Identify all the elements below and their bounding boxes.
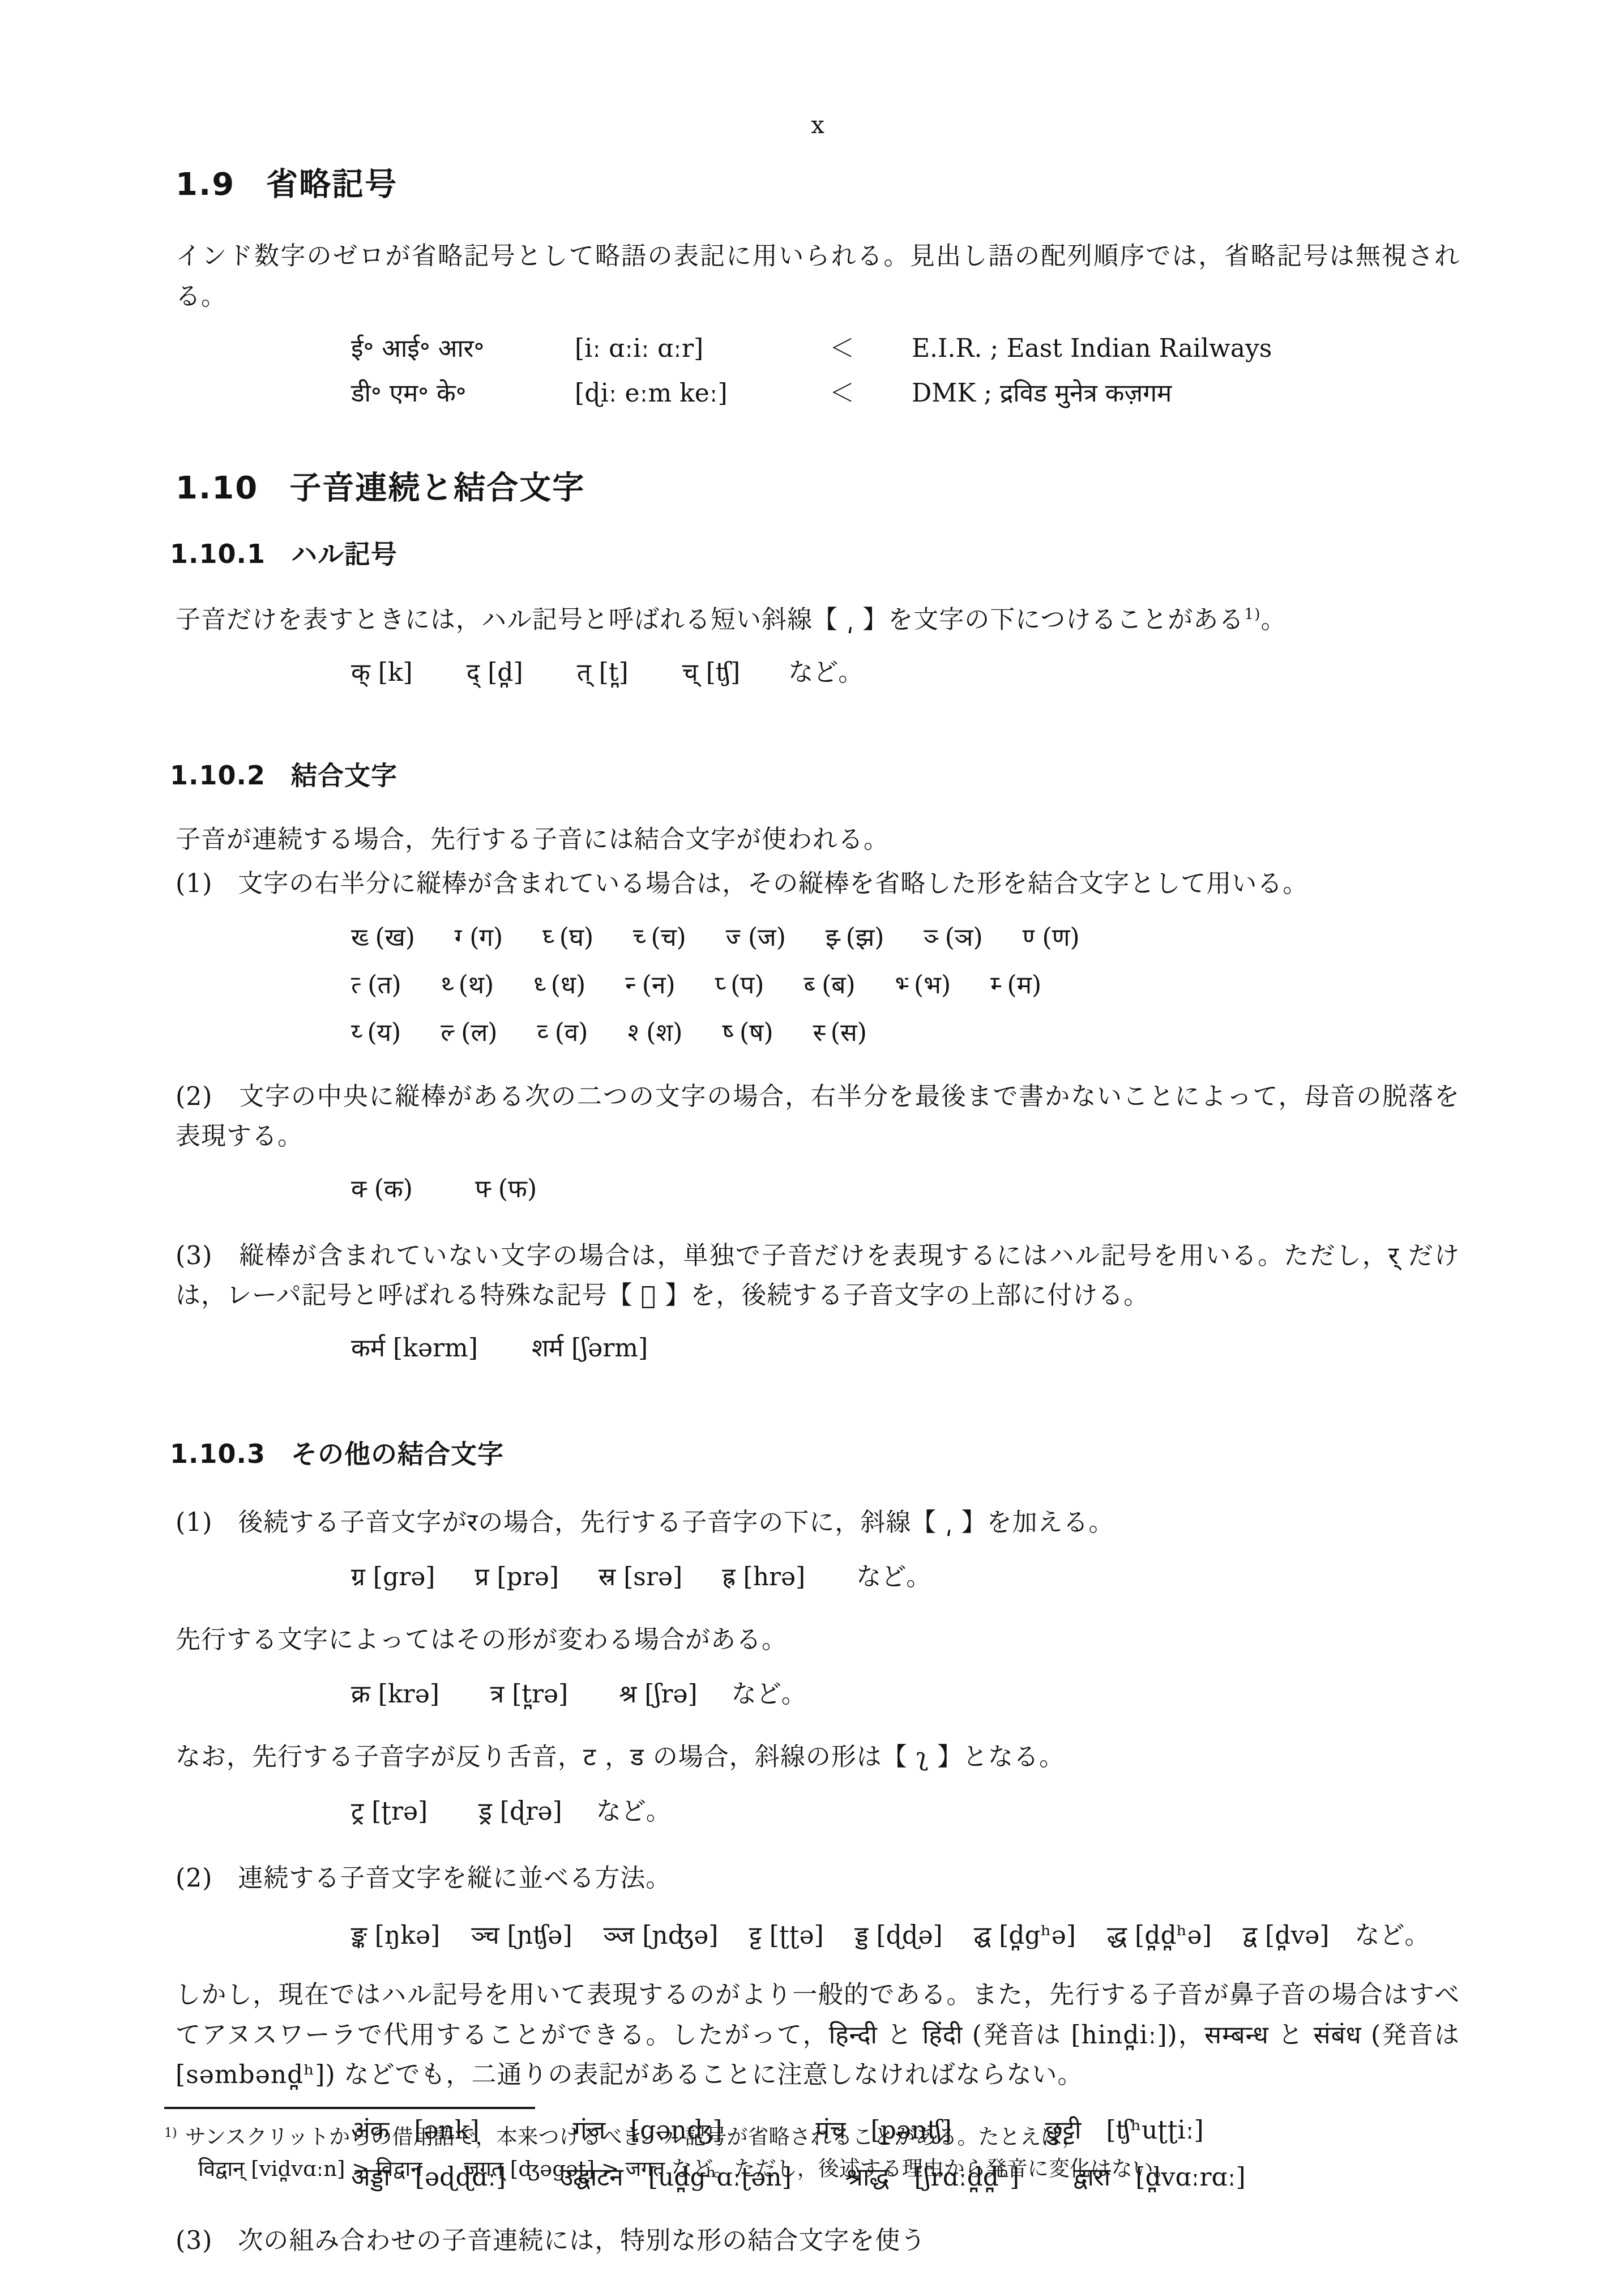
example-item: ञ्च [ɲʧə] <box>471 1916 572 1956</box>
half-form-pair: श्‍ (श) <box>627 1013 682 1053</box>
footnote-marker: 1) <box>164 2125 177 2140</box>
example-item: ट्र [ʈrə] <box>351 1792 428 1832</box>
example-item: क्र [krə] <box>351 1675 439 1714</box>
half-form-pair: ष्‍ (ष) <box>722 1013 773 1053</box>
ipa-transcription: [iː ɑːiː ɑːr] <box>575 329 830 369</box>
example-item: ड्र [ɖrə] <box>478 1792 562 1832</box>
paragraph-text: 子音だけを表すときには，ハル記号と呼ばれる短い斜線【 ͵ 】を文字の下につけるこ… <box>176 605 1244 634</box>
section-1-10-2-intro: 子音が連続する場合，先行する子音には結合文字が使われる。 <box>176 820 1460 860</box>
half-form-list: त्‍ (त)थ्‍ (थ)ध्‍ (ध)न्‍ (न)प्‍ (प)ब्‍ (… <box>351 966 1041 1005</box>
section-1-10-heading: 1.10 子音連続と結合文字 <box>176 470 1460 506</box>
example-item: द् [d̪] <box>467 653 523 693</box>
example-item: ट्ट [ʈʈə] <box>749 1916 823 1956</box>
reph-example-row: कर्म [kərm]शर्म [ʃərm] <box>176 1329 1460 1368</box>
half-form-pair: ल्‍ (ल) <box>441 1013 497 1053</box>
ipa-transcription: [ɖiː eːm keː] <box>575 374 830 413</box>
subsection-title: その他の結合文字 <box>291 1439 504 1469</box>
etc-label: など。 <box>732 1675 806 1714</box>
center-bar-example-row: क्‍ (क)फ्‍ (फ) <box>176 1170 1460 1209</box>
section-1-9-heading: 1.9 省略記号 <box>176 167 1460 203</box>
half-form-row-1: ख्‍ (ख)ग्‍ (ग)घ्‍ (घ)च्‍ (च)ज्‍ (ज)झ्‍ (… <box>176 918 1460 958</box>
hal-sign-example-row: क् [k]द् [d̪]त् [t̪]च् [ʧ] など。 <box>176 653 1460 693</box>
example-item: ह्र [hrə] <box>722 1557 805 1597</box>
section-1-10-1-heading: 1.10.1 ハル記号 <box>170 539 1460 569</box>
list-item-2: (2) 連続する子音文字を縦に並べる方法。 <box>176 1859 1460 1898</box>
devanagari-abbreviation: डी॰ एम॰ के॰ <box>351 374 575 413</box>
half-form-pair: झ्‍ (झ) <box>826 918 884 958</box>
anusvara-paragraph: しかし，現在ではハル記号を用いて表現するのがより一般的である。また，先行する子音… <box>176 1975 1460 2095</box>
footnote-rule <box>164 2107 535 2109</box>
example-list: ग्र [grə]प्र [prə]स्र [srə]ह्र [hrə] <box>351 1557 805 1597</box>
ra-conjunct-variant-row: क्र [krə]त्र [t̪rə]श्र [ʃrə] など。 <box>176 1675 1460 1714</box>
derivation-sign: ＜ <box>830 374 912 413</box>
half-form-pair: ण्‍ (ण) <box>1023 918 1080 958</box>
devanagari-abbreviation: ई॰ आई॰ आर॰ <box>351 329 575 369</box>
example-item: ग्र [grə] <box>351 1557 435 1597</box>
half-form-pair: क्‍ (क) <box>351 1170 413 1209</box>
shape-change-paragraph: 先行する文字によってはその形が変わる場合がある。 <box>176 1620 1460 1660</box>
subsection-number: 1.10.2 <box>170 761 266 791</box>
footnote-reference: 1) <box>1244 606 1260 624</box>
example-item: च् [ʧ] <box>682 653 741 693</box>
list-item-1: (1) 文字の右半分に縦棒が含まれている場合は，その縦棒を省略した形を結合文字と… <box>176 864 1460 904</box>
example-list: ट्र [ʈrə]ड्र [ɖrə] <box>351 1792 562 1832</box>
section-number: 1.10 <box>176 470 258 506</box>
example-item: कर्म [kərm] <box>351 1329 478 1368</box>
half-form-row-3: य्‍ (य)ल्‍ (ल)व्‍ (व)श्‍ (श)ष्‍ (ष)स्‍ (… <box>176 1013 1460 1053</box>
half-form-pair: थ्‍ (थ) <box>441 966 494 1005</box>
abbreviation-example-row: डी॰ एम॰ के॰ [ɖiː eːm keː] ＜ DMK ; द्रविड… <box>176 374 1460 413</box>
etc-label: など。 <box>596 1792 671 1832</box>
section-title: 子音連続と結合文字 <box>289 470 585 506</box>
example-item: श्र [ʃrə] <box>619 1675 698 1714</box>
example-list: क्र [krə]त्र [t̪rə]श्र [ʃrə] <box>351 1675 698 1714</box>
example-item: ङ्क [ŋkə] <box>351 1916 440 1956</box>
half-form-pair: म्‍ (म) <box>990 966 1041 1005</box>
derivation-sign: ＜ <box>830 329 912 369</box>
abbreviation-example-row: ई॰ आई॰ आर॰ [iː ɑːiː ɑːr] ＜ E.I.R. ; East… <box>176 329 1460 369</box>
ra-conjunct-example-row: ग्र [grə]प्र [prə]स्र [srə]ह्र [hrə] など。 <box>176 1557 1460 1597</box>
half-form-pair: ञ्‍ (ञ) <box>924 918 982 958</box>
half-form-pair: ख्‍ (ख) <box>351 918 415 958</box>
example-item: प्र [prə] <box>475 1557 559 1597</box>
section-1-10-2-heading: 1.10.2 結合文字 <box>170 761 1460 791</box>
subsection-number: 1.10.1 <box>170 539 266 569</box>
list-item-3: (3) 次の組み合わせの子音連続には，特別な形の結合文字を使う <box>176 2221 1460 2261</box>
footnote-text: サンスクリットからの借用語で，本来つけるべきハル記号が省略されることがある。たと… <box>177 2125 1083 2149</box>
example-item: त् [t̪] <box>577 653 629 693</box>
example-list: कर्म [kərm]शर्म [ʃərm] <box>351 1329 648 1368</box>
half-form-pair: य्‍ (य) <box>351 1013 401 1053</box>
retroflex-note-paragraph: なお，先行する子音字が反り舌音，ट ，ड の場合，斜線の形は【 ʅ 】となる。 <box>176 1738 1460 1777</box>
half-form-pair: भ्‍ (भ) <box>895 966 951 1005</box>
half-form-list: ख्‍ (ख)ग्‍ (ग)घ्‍ (घ)च्‍ (च)ज्‍ (ज)झ्‍ (… <box>351 918 1080 958</box>
subsection-number: 1.10.3 <box>170 1439 266 1469</box>
expansion-text: E.I.R. ; East Indian Railways <box>912 329 1460 369</box>
half-form-pair: च्‍ (च) <box>633 918 686 958</box>
etc-label: など。 <box>856 1557 931 1597</box>
half-form-pair: त्‍ (त) <box>351 966 401 1005</box>
half-form-pair: घ्‍ (घ) <box>542 918 593 958</box>
etc-label: など。 <box>788 653 863 693</box>
paragraph-text: 。 <box>1260 605 1286 634</box>
half-form-pair: व्‍ (व) <box>537 1013 588 1053</box>
half-form-pair: ध्‍ (ध) <box>533 966 586 1005</box>
stacked-conjunct-row: ङ्क [ŋkə]ञ्च [ɲʧə]ञ्ज [ɲʤə]ट्ट [ʈʈə]ड्ड … <box>176 1916 1460 1956</box>
page-number: x <box>176 0 1460 137</box>
example-item: ड्ड [ɖɖə] <box>855 1916 943 1956</box>
half-form-pair: स्‍ (स) <box>813 1013 867 1053</box>
expansion-text: DMK ; द्रविड मुनेत्र कज़गम <box>912 374 1460 413</box>
example-item: क् [k] <box>351 653 413 693</box>
half-form-pair: प्‍ (प) <box>715 966 764 1005</box>
example-list: क् [k]द् [d̪]त् [t̪]च् [ʧ] <box>351 653 740 693</box>
example-item: ञ्ज [ɲʤə] <box>604 1916 719 1956</box>
example-item: शर्म [ʃərm] <box>532 1329 648 1368</box>
footnote-block: 1)サンスクリットからの借用語で，本来つけるべきハル記号が省略されることがある。… <box>164 2107 1460 2184</box>
etc-label: など。 <box>1355 1916 1430 1956</box>
section-title: 省略記号 <box>266 167 398 203</box>
footnote-line-1: 1)サンスクリットからの借用語で，本来つけるべきハル記号が省略されることがある。… <box>164 2122 1460 2153</box>
retroflex-example-row: ट्र [ʈrə]ड्र [ɖrə] など。 <box>176 1792 1460 1832</box>
section-1-10-3-heading: 1.10.3 その他の結合文字 <box>170 1439 1460 1469</box>
section-1-9-paragraph: インド数字のゼロが省略記号として略語の表記に用いられる。見出し語の配列順序では，… <box>176 237 1460 317</box>
scanned-document-page: x 1.9 省略記号 インド数字のゼロが省略記号として略語の表記に用いられる。見… <box>0 0 1624 2292</box>
half-form-list: क्‍ (क)फ्‍ (फ) <box>351 1170 537 1209</box>
example-item: स्र [srə] <box>599 1557 682 1597</box>
half-form-row-2: त्‍ (त)थ्‍ (थ)ध्‍ (ध)न्‍ (न)प्‍ (प)ब्‍ (… <box>176 966 1460 1005</box>
section-number: 1.9 <box>176 167 235 203</box>
example-item: द्ध [d̪d̪ʰə] <box>1107 1916 1212 1956</box>
list-item-2: (2) 文字の中央に縦棒がある次の二つの文字の場合，右半分を最後まで書かないこと… <box>176 1077 1460 1157</box>
half-form-pair: ग्‍ (ग) <box>455 918 503 958</box>
section-1-10-1-paragraph: 子音だけを表すときには，ハル記号と呼ばれる短い斜線【 ͵ 】を文字の下につけるこ… <box>176 600 1460 640</box>
example-item: द्घ [d̪gʰə] <box>974 1916 1076 1956</box>
half-form-pair: फ्‍ (फ) <box>475 1170 537 1209</box>
example-item: त्र [t̪rə] <box>490 1675 568 1714</box>
half-form-pair: ब्‍ (ब) <box>804 966 856 1005</box>
half-form-pair: ज्‍ (ज) <box>726 918 786 958</box>
subsection-title: 結合文字 <box>291 761 398 791</box>
list-item-3: (3) 縦棒が含まれていない文字の場合は，単独で子音だけを表現するにはハル記号を… <box>176 1236 1460 1316</box>
subsection-title: ハル記号 <box>291 539 398 569</box>
list-item-1: (1) 後続する子音文字がरの場合，先行する子音字の下に，斜線【 ͵ 】を加える… <box>176 1503 1460 1543</box>
half-form-list: य्‍ (य)ल्‍ (ल)व्‍ (व)श्‍ (श)ष्‍ (ष)स्‍ (… <box>351 1013 867 1053</box>
half-form-pair: न्‍ (न) <box>625 966 676 1005</box>
example-list: ङ्क [ŋkə]ञ्च [ɲʧə]ञ्ज [ɲʤə]ट्ट [ʈʈə]ड्ड … <box>351 1916 1330 1956</box>
example-item: द्व [d̪və] <box>1243 1916 1330 1956</box>
footnote-line-2: विद्वान् [vid̪vɑːn] > विद्वान जगत् [ʤəgə… <box>164 2153 1460 2185</box>
